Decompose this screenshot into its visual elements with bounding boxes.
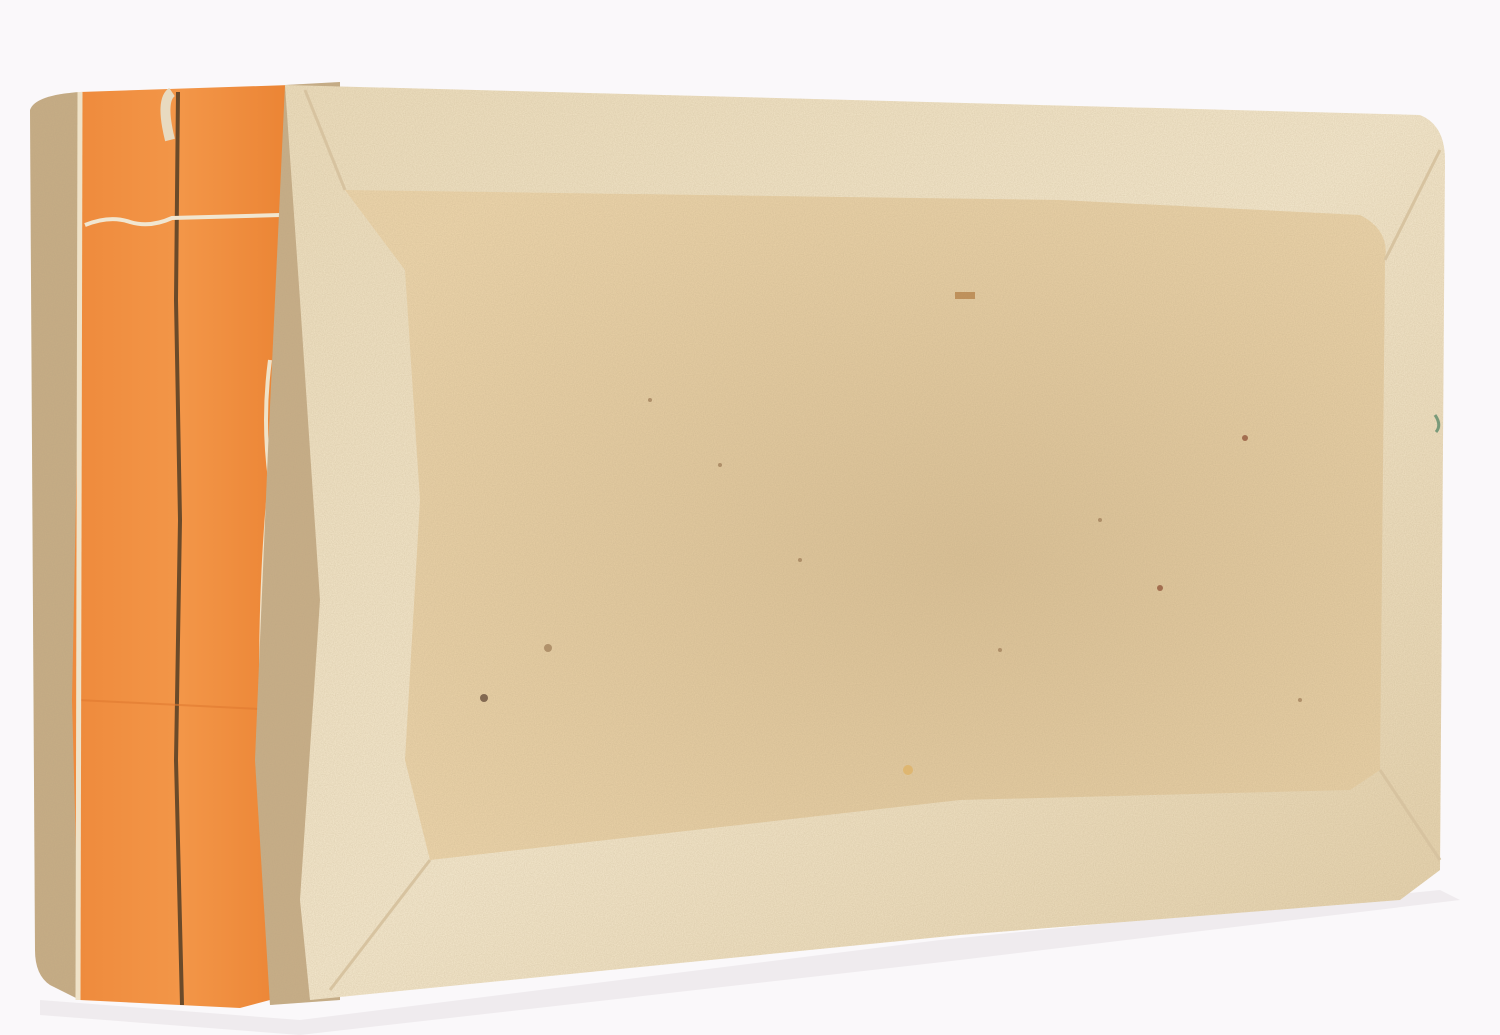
cardboard-box <box>0 0 1500 1035</box>
photo-scene: Aged cardboard box viewed from above wit… <box>0 0 1500 1035</box>
